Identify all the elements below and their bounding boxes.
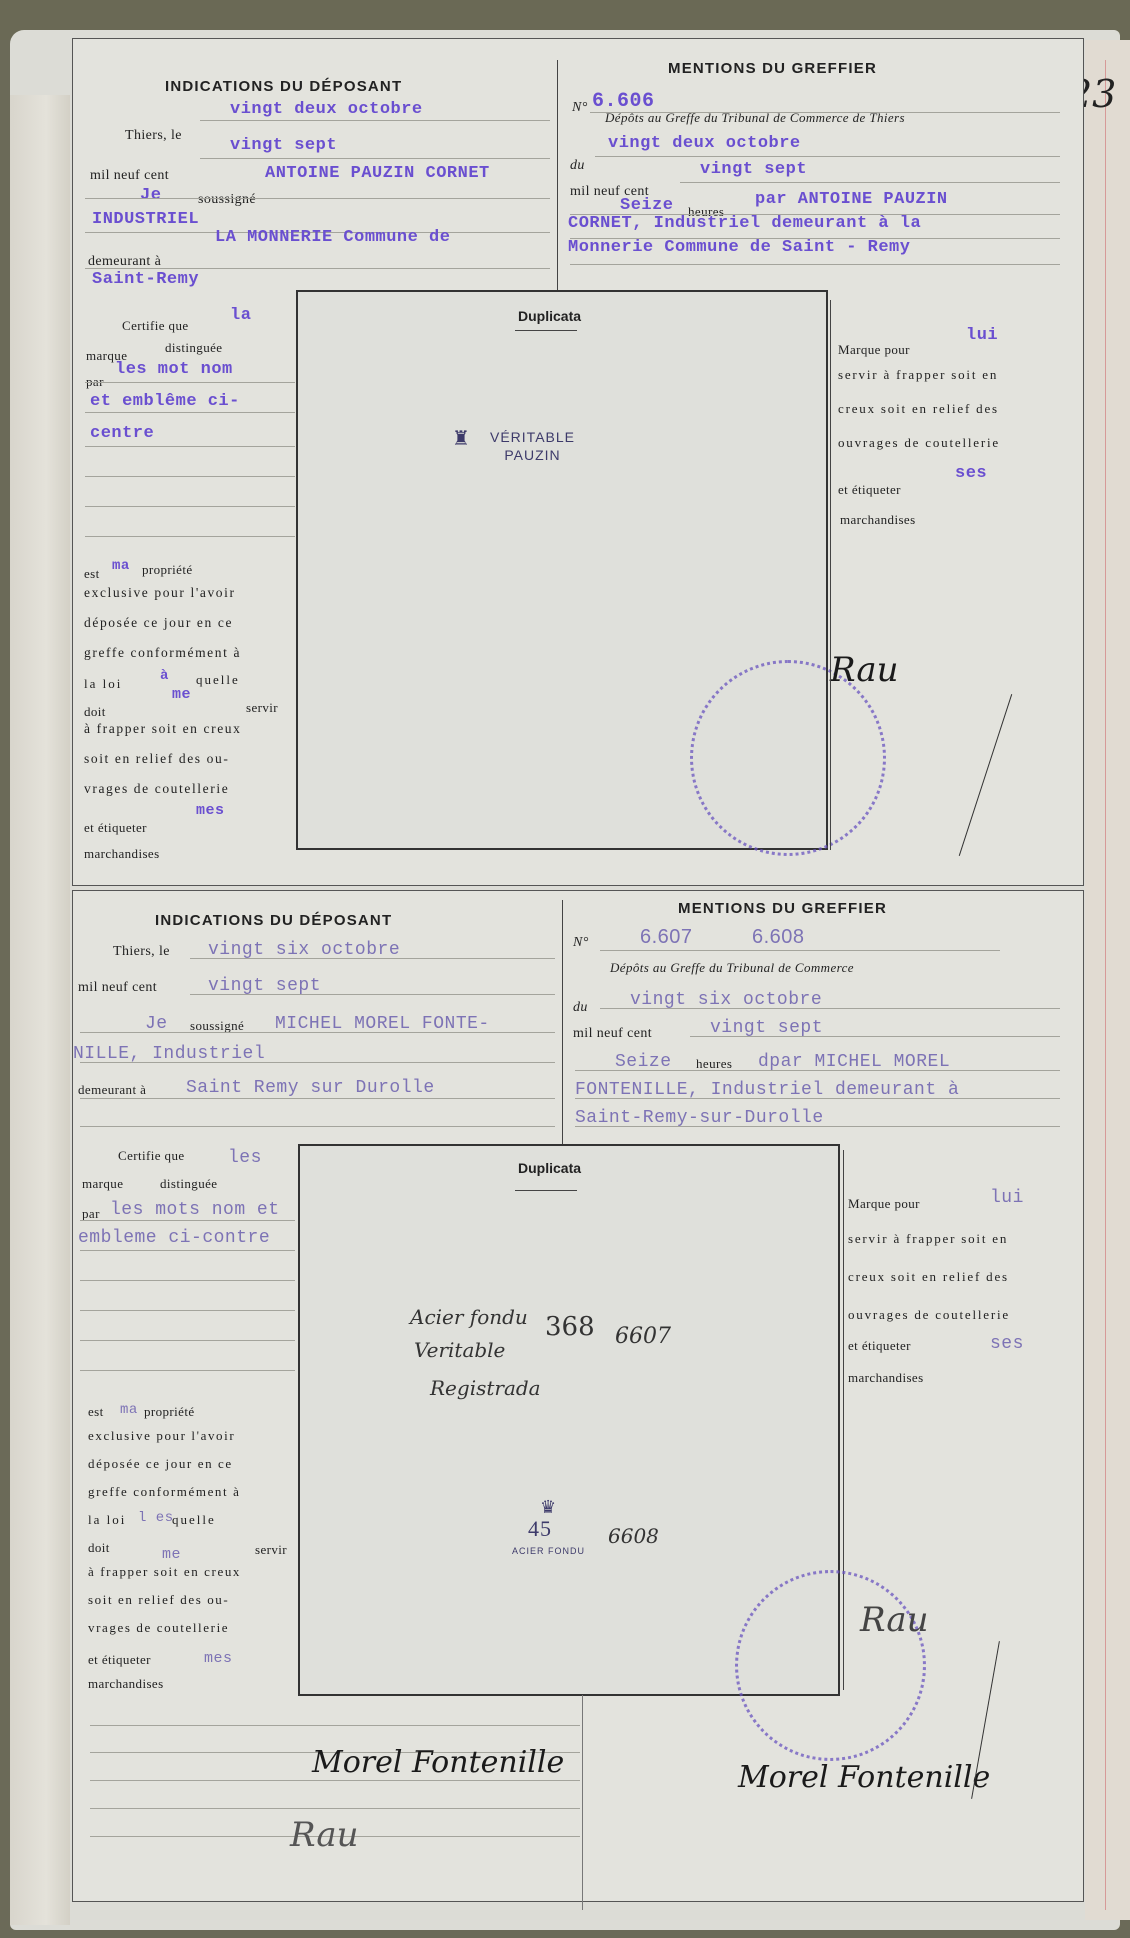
greffe-par-2: CORNET, Industriel demeurant à la (568, 214, 921, 233)
deposant-header: INDICATIONS DU DÉPOSANT (165, 78, 402, 95)
greffier-signature: Rau (830, 650, 899, 690)
quelle-label: quelle (172, 1512, 216, 1528)
greffe-year: vingt sept (710, 1018, 823, 1038)
handwritten-368: 368 (545, 1312, 595, 1342)
handwritten-6607: 6607 (615, 1324, 671, 1349)
greffe-hour: Seize (620, 196, 674, 215)
certifie-value: la (230, 306, 251, 325)
est-value: ma (120, 1402, 138, 1418)
etiqueter-value: mes (196, 802, 225, 819)
greffier-signature: Rau (860, 1600, 929, 1640)
greffier-header: MENTIONS DU GREFFIER (668, 60, 877, 77)
du-label: du (573, 1000, 588, 1016)
no-label: N° (572, 100, 588, 116)
duplicata-title: Duplicata (518, 308, 581, 324)
marchandises-label: marchandises (840, 512, 916, 528)
par-value-2: embleme ci-contre (78, 1228, 270, 1248)
depots-label: Dépôts au Greffe du Tribunal de Commerce (610, 960, 854, 976)
stamp-number: 45 (528, 1520, 552, 1538)
handwritten-6608: 6608 (608, 1524, 659, 1548)
crown-emblem-icon: ♛ (540, 1498, 557, 1516)
du-label: du (570, 158, 585, 174)
etiqueter-value: ses (955, 464, 987, 483)
etiqueter-label: et étiqueter (848, 1338, 911, 1354)
book-binding (10, 95, 70, 1925)
etiqueter-label: et étiqueter (88, 1652, 151, 1668)
la-loi-label: la loi (88, 1512, 126, 1528)
par-value-3: centre (90, 424, 154, 443)
marque-pour-label: Marque pour (838, 342, 910, 358)
greffe-date: vingt deux octobre (608, 134, 801, 153)
doit-value: me (172, 686, 191, 703)
depositor-address: Saint Remy sur Durolle (186, 1078, 435, 1098)
depositor-address-1: LA MONNERIE Commune de (215, 228, 450, 247)
doit-label: doit (88, 1540, 110, 1556)
depots-label: Dépôts au Greffe du Tribunal de Commerce… (605, 110, 905, 126)
deposit-year: vingt sept (208, 976, 321, 996)
marque-label: marque (82, 1176, 123, 1192)
marchandises-label: marchandises (88, 1676, 164, 1692)
stamp-acier-fondu: ACIER FONDU (512, 1542, 585, 1560)
no-label: N° (573, 935, 589, 951)
clause-text: exclusive pour l'avoir déposée ce jour e… (84, 578, 294, 668)
greffe-par-1: par ANTOINE PAUZIN (755, 190, 948, 209)
deposit-date: vingt six octobre (208, 940, 400, 960)
demeurant-label: demeurant à (78, 1082, 146, 1098)
greffier-clause: servir à frapper soit en creux soit en r… (838, 358, 1058, 460)
par-value-2: et emblême ci- (90, 392, 240, 411)
propriete-label: propriété (144, 1404, 195, 1420)
column-divider (582, 1695, 583, 1910)
deposit-number-1: 6.607 (640, 926, 693, 949)
column-divider (830, 300, 831, 850)
deposit-number-2: 6.608 (752, 926, 805, 949)
handwritten-acier-fondu: Acier fondu (410, 1305, 528, 1329)
greffe-par-1: dpar MICHEL MOREL (758, 1052, 950, 1072)
greffe-par-3: Monnerie Commune de Saint - Remy (568, 238, 910, 257)
greffe-date: vingt six octobre (630, 990, 822, 1010)
est-label: est (88, 1404, 104, 1420)
year-label: mil neuf cent (90, 168, 169, 184)
certifie-label: Certifie que (122, 318, 189, 334)
deposit-date: vingt deux octobre (230, 100, 423, 119)
marchandises-label: marchandises (84, 846, 160, 862)
la-loi-value: à (160, 668, 169, 684)
trademark-stamp: VÉRITABLE PAUZIN (490, 428, 575, 464)
greffe-year: vingt sept (700, 160, 807, 179)
depositor-profession: NILLE, Industriel (73, 1044, 265, 1064)
par-value-1: les mot nom (115, 360, 233, 379)
coffee-pot-emblem-icon: ♜ (452, 430, 471, 448)
certifie-value: les (228, 1148, 262, 1168)
par-value-1: les mots nom et (110, 1200, 280, 1220)
greffier-signature: Rau (290, 1815, 359, 1855)
deposant-header: INDICATIONS DU DÉPOSANT (155, 912, 392, 929)
column-divider (562, 900, 563, 1145)
distinguee-label: distinguée (165, 340, 222, 356)
year-label: mil neuf cent (78, 980, 157, 996)
marque-pour-value: lui (966, 326, 998, 345)
certifie-label: Certifie que (118, 1148, 185, 1164)
distinguee-label: distinguée (160, 1176, 217, 1192)
depositor-signature-greffe: Morel Fontenille (738, 1760, 990, 1795)
depositor-name: MICHEL MOREL FONTE- (275, 1014, 490, 1034)
est-value: ma (112, 558, 130, 574)
etiqueter-label: et étiqueter (838, 482, 901, 498)
marque-pour-value: lui (990, 1188, 1024, 1208)
etiqueter-value: mes (204, 1650, 233, 1667)
depositor-profession: INDUSTRIEL (92, 210, 199, 229)
marque-pour-label: Marque pour (848, 1196, 920, 1212)
servir-label: servir (255, 1542, 287, 1558)
depositor-name: ANTOINE PAUZIN CORNET (265, 164, 490, 183)
marchandises-label: marchandises (848, 1370, 924, 1386)
column-divider (557, 60, 558, 292)
greffe-hour: Seize (615, 1052, 672, 1072)
clause-text-2: à frapper soit en creux soit en relief d… (88, 1558, 303, 1642)
greffier-clause: servir à frapper soit en creux soit en r… (848, 1220, 1078, 1334)
quelle-label: quelle (196, 672, 240, 688)
la-loi-label: la loi (84, 676, 122, 692)
la-loi-value: l es (138, 1510, 174, 1526)
greffier-header: MENTIONS DU GREFFIER (678, 900, 887, 917)
depositor-signature: Morel Fontenille (312, 1745, 564, 1780)
propriete-label: propriété (142, 562, 193, 578)
year-label: mil neuf cent (573, 1026, 652, 1042)
depositor-address-2: Saint-Remy (92, 270, 199, 289)
clause-text-2: à frapper soit en creux soit en relief d… (84, 714, 294, 804)
greffe-par-2: FONTENILLE, Industriel demeurant à (575, 1080, 959, 1100)
margin-red-line (1105, 60, 1106, 1910)
tribunal-seal (735, 1570, 926, 1761)
handwritten-veritable: Veritable (414, 1338, 505, 1362)
thiers-label: Thiers, le (125, 128, 182, 144)
page-margin (1085, 40, 1130, 1920)
handwritten-registrada: Registrada (430, 1376, 541, 1400)
duplicata-title: Duplicata (518, 1160, 581, 1176)
greffe-par-3: Saint-Remy-sur-Durolle (575, 1108, 824, 1128)
thiers-label: Thiers, le (113, 944, 170, 960)
etiqueter-value: ses (990, 1334, 1024, 1354)
deposit-year: vingt sept (230, 136, 337, 155)
clause-text: exclusive pour l'avoir déposée ce jour e… (88, 1422, 298, 1506)
je: Je (140, 186, 161, 205)
soussigne-label: soussigné (198, 192, 256, 208)
je: Je (145, 1014, 168, 1034)
etiqueter-label: et étiqueter (84, 820, 147, 836)
